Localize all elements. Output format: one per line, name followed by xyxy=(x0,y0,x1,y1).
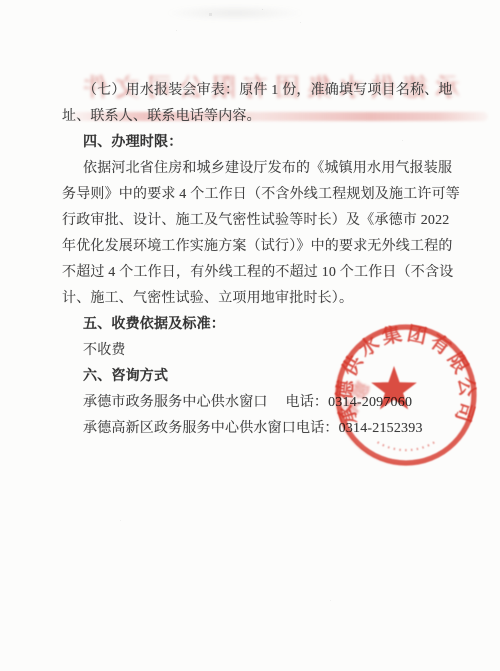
seal-bottom-marks xyxy=(378,442,435,450)
document-line: 年优化发展环境工作实施方案（试行）》中的要求无外线工程的 xyxy=(62,234,456,260)
document-line: 不超过 4 个工作日，有外线工程的不超过 10 个工作日（不含设 xyxy=(62,260,456,286)
section-heading-processing-time: 四、办理时限： xyxy=(62,130,456,156)
document-line: 依据河北省住房和城乡建设厅发布的《城镇用水用气报装服 xyxy=(62,156,456,182)
scan-noise-speckles xyxy=(0,0,1,1)
document-line: 务导则》中的要求 4 个工作日（不含外线工程规划及施工许可等 xyxy=(62,182,456,208)
seal-star-icon xyxy=(371,366,417,409)
company-seal: 承德供水集团有限公司 承德 xyxy=(333,322,479,468)
document-line: （七）用水报装会审表：原件 1 份，准确填写项目名称、地 xyxy=(62,78,456,104)
scan-noise-smudge xyxy=(165,5,305,21)
document-line: 行政审批、设计、施工及气密性试验等时长）及《承德市 2022 xyxy=(62,208,456,234)
scanned-document-page: 承德供水集团有限公司文件 （七）用水报装会审表：原件 1 份，准确填写项目名称、… xyxy=(0,0,500,671)
document-line: 址、联系人、联系电话等内容。 xyxy=(62,104,456,130)
document-line: 计、施工、气密性试验、立项用地审批时长）。 xyxy=(62,286,456,312)
